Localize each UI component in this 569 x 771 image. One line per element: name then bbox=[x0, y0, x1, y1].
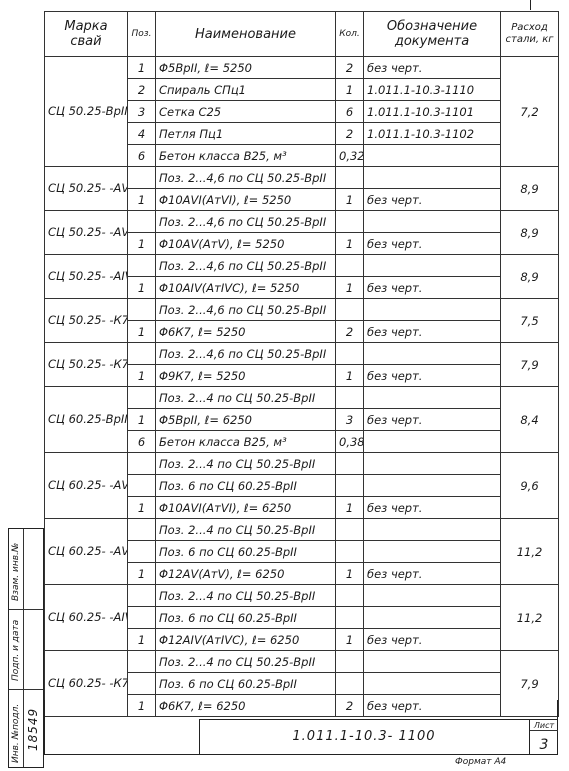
header-qty: Кол. bbox=[336, 12, 364, 57]
table-row: СЦ 50.25- -АV(АтV)Поз. 2...4,6 по СЦ 50.… bbox=[45, 211, 559, 233]
table-row: СЦ 50.25- -К7-2Поз. 2...4,6 по СЦ 50.25-… bbox=[45, 343, 559, 365]
sheet-number: 3 bbox=[530, 737, 558, 753]
item-name: Спираль СПц1 bbox=[156, 79, 336, 101]
document-designation bbox=[364, 343, 501, 365]
item-quantity bbox=[336, 299, 364, 321]
position-number bbox=[128, 541, 156, 563]
position-number bbox=[128, 167, 156, 189]
item-name: Поз. 2...4,6 по СЦ 50.25-ВрII bbox=[156, 255, 336, 277]
item-name: Поз. 6 по СЦ 60.25-ВрII bbox=[156, 673, 336, 695]
document-designation bbox=[364, 519, 501, 541]
document-designation bbox=[364, 475, 501, 497]
position-number: 1 bbox=[128, 629, 156, 651]
document-designation bbox=[364, 541, 501, 563]
header-pos: Поз. bbox=[128, 12, 156, 57]
document-designation: без черт. bbox=[364, 563, 501, 585]
pile-mark: СЦ 60.25-ВрII bbox=[45, 387, 128, 453]
item-name: Φ10АV(АтV), ℓ= 5250 bbox=[156, 233, 336, 255]
position-number bbox=[128, 211, 156, 233]
position-number bbox=[128, 651, 156, 673]
item-quantity bbox=[336, 475, 364, 497]
document-designation: без черт. bbox=[364, 629, 501, 651]
steel-consumption: 7,2 bbox=[501, 57, 559, 167]
document-designation: без черт. bbox=[364, 57, 501, 79]
item-name: Бетон класса В25, м³ bbox=[156, 145, 336, 167]
document-designation bbox=[364, 585, 501, 607]
pile-mark: СЦ 50.25- -АVI(АтVI) bbox=[45, 167, 128, 211]
table-row: СЦ 50.25-ВрII1Φ5ВрII, ℓ= 52502без черт.7… bbox=[45, 57, 559, 79]
position-number: 1 bbox=[128, 277, 156, 299]
item-quantity: 1 bbox=[336, 365, 364, 387]
pile-mark: СЦ 50.25-ВрII bbox=[45, 57, 128, 167]
item-name: Поз. 2...4 по СЦ 50.25-ВрII bbox=[156, 453, 336, 475]
stamp-divider bbox=[9, 689, 43, 690]
item-name: Поз. 2...4,6 по СЦ 50.25-ВрII bbox=[156, 343, 336, 365]
document-designation bbox=[364, 167, 501, 189]
item-name: Φ10АIV(АтIVС), ℓ= 5250 bbox=[156, 277, 336, 299]
position-number bbox=[128, 299, 156, 321]
stamp-divider bbox=[9, 609, 43, 610]
stamp-sign-date-label: Подп. и дата bbox=[11, 620, 21, 681]
stamp-inv-no-label: Инв. №подл. bbox=[11, 704, 21, 763]
position-number bbox=[128, 585, 156, 607]
item-quantity bbox=[336, 607, 364, 629]
item-name: Поз. 6 по СЦ 60.25-ВрII bbox=[156, 541, 336, 563]
steel-consumption: 11,2 bbox=[501, 585, 559, 651]
document-designation bbox=[364, 387, 501, 409]
item-name: Φ10АVI(АтVI), ℓ= 5250 bbox=[156, 189, 336, 211]
table-row: СЦ 50.25- -К7-1Поз. 2...4,6 по СЦ 50.25-… bbox=[45, 299, 559, 321]
item-quantity: 1 bbox=[336, 497, 364, 519]
table-row: СЦ 60.25- -АVI(АтVI)Поз. 2...4 по СЦ 50.… bbox=[45, 453, 559, 475]
position-number: 1 bbox=[128, 321, 156, 343]
document-designation bbox=[364, 145, 501, 167]
item-quantity: 1 bbox=[336, 563, 364, 585]
document-designation bbox=[364, 651, 501, 673]
item-quantity bbox=[336, 387, 364, 409]
document-designation: без черт. bbox=[364, 233, 501, 255]
item-quantity bbox=[336, 211, 364, 233]
item-name: Поз. 6 по СЦ 60.25-ВрII bbox=[156, 475, 336, 497]
header-doc: Обозначение документа bbox=[364, 12, 501, 57]
position-number: 1 bbox=[128, 409, 156, 431]
position-number: 3 bbox=[128, 101, 156, 123]
position-number bbox=[128, 607, 156, 629]
document-designation bbox=[364, 255, 501, 277]
document-designation bbox=[364, 607, 501, 629]
position-number: 1 bbox=[128, 57, 156, 79]
item-name: Φ6К7, ℓ= 5250 bbox=[156, 321, 336, 343]
item-quantity: 1 bbox=[336, 189, 364, 211]
document-designation bbox=[364, 211, 501, 233]
item-quantity bbox=[336, 453, 364, 475]
position-number bbox=[128, 453, 156, 475]
item-quantity bbox=[336, 343, 364, 365]
table-row: СЦ 60.25- -АV(АтV)Поз. 2...4 по СЦ 50.25… bbox=[45, 519, 559, 541]
header-mark: Марка свай bbox=[45, 12, 128, 57]
item-quantity bbox=[336, 651, 364, 673]
position-number: 1 bbox=[128, 497, 156, 519]
table-row: СЦ 60.25- -АIV(АтIVС)Поз. 2...4 по СЦ 50… bbox=[45, 585, 559, 607]
document-designation: без черт. bbox=[364, 189, 501, 211]
approval-stamp: Взам. инв.№ Подп. и дата Инв. №подл. 185… bbox=[8, 528, 44, 768]
stamp-inv-no-value: 18549 bbox=[26, 708, 40, 751]
item-name: Поз. 2...4 по СЦ 50.25-ВрII bbox=[156, 387, 336, 409]
item-name: Поз. 2...4 по СЦ 50.25-ВрII bbox=[156, 651, 336, 673]
document-designation bbox=[364, 299, 501, 321]
position-number: 6 bbox=[128, 431, 156, 453]
position-number bbox=[128, 255, 156, 277]
pile-mark: СЦ 60.25- -АIV(АтIVС) bbox=[45, 585, 128, 651]
table-row: СЦ 50.25- -АVI(АтVI)Поз. 2...4,6 по СЦ 5… bbox=[45, 167, 559, 189]
steel-consumption: 8,9 bbox=[501, 167, 559, 211]
position-number: 2 bbox=[128, 79, 156, 101]
item-quantity: 0,38 bbox=[336, 431, 364, 453]
item-name: Поз. 2...4 по СЦ 50.25-ВрII bbox=[156, 519, 336, 541]
item-name: Сетка С25 bbox=[156, 101, 336, 123]
position-number bbox=[128, 673, 156, 695]
position-number: 1 bbox=[128, 189, 156, 211]
item-name: Поз. 2...4,6 по СЦ 50.25-ВрII bbox=[156, 167, 336, 189]
item-quantity bbox=[336, 541, 364, 563]
item-quantity: 2 bbox=[336, 321, 364, 343]
item-name: Φ10АVI(АтVI), ℓ= 6250 bbox=[156, 497, 336, 519]
position-number: 6 bbox=[128, 145, 156, 167]
specification-table: Марка свай Поз. Наименование Кол. Обозна… bbox=[44, 11, 559, 717]
item-quantity bbox=[336, 255, 364, 277]
document-designation: 1.011.1-10.3-1101 bbox=[364, 101, 501, 123]
item-quantity: 3 bbox=[336, 409, 364, 431]
steel-consumption: 11,2 bbox=[501, 519, 559, 585]
item-name: Φ12АV(АтV), ℓ= 6250 bbox=[156, 563, 336, 585]
pile-mark: СЦ 50.25- -АIV(АтIVС) bbox=[45, 255, 128, 299]
document-designation bbox=[364, 453, 501, 475]
item-name: Поз. 6 по СЦ 60.25-ВрII bbox=[156, 607, 336, 629]
item-name: Φ9К7, ℓ= 5250 bbox=[156, 365, 336, 387]
item-quantity bbox=[336, 585, 364, 607]
position-number bbox=[128, 343, 156, 365]
stamp-replace-inv-label: Взам. инв.№ bbox=[11, 543, 21, 601]
header-mass: Расход стали, кг bbox=[501, 12, 559, 57]
item-quantity: 1 bbox=[336, 233, 364, 255]
pile-mark: СЦ 60.25- -АVI(АтVI) bbox=[45, 453, 128, 519]
position-number: 1 bbox=[128, 365, 156, 387]
steel-consumption: 8,4 bbox=[501, 387, 559, 453]
header-name: Наименование bbox=[156, 12, 336, 57]
position-number: 1 bbox=[128, 563, 156, 585]
document-designation: без черт. bbox=[364, 409, 501, 431]
item-quantity: 6 bbox=[336, 101, 364, 123]
document-designation: без черт. bbox=[364, 365, 501, 387]
item-name: Φ5ВрII, ℓ= 6250 bbox=[156, 409, 336, 431]
table-row: СЦ 50.25- -АIV(АтIVС)Поз. 2...4,6 по СЦ … bbox=[45, 255, 559, 277]
position-number bbox=[128, 387, 156, 409]
item-name: Поз. 2...4,6 по СЦ 50.25-ВрII bbox=[156, 211, 336, 233]
document-designation bbox=[364, 431, 501, 453]
document-designation: без черт. bbox=[364, 321, 501, 343]
pile-mark: СЦ 50.25- -К7-1 bbox=[45, 299, 128, 343]
steel-consumption: 7,9 bbox=[501, 343, 559, 387]
item-quantity: 1 bbox=[336, 277, 364, 299]
item-quantity bbox=[336, 519, 364, 541]
position-number bbox=[128, 475, 156, 497]
document-code: 1.011.1-10.3- 1100 bbox=[199, 729, 529, 744]
item-quantity: 1 bbox=[336, 629, 364, 651]
position-number bbox=[128, 519, 156, 541]
steel-consumption: 8,9 bbox=[501, 255, 559, 299]
steel-consumption: 7,5 bbox=[501, 299, 559, 343]
position-number: 4 bbox=[128, 123, 156, 145]
item-quantity bbox=[336, 167, 364, 189]
item-quantity: 1 bbox=[336, 79, 364, 101]
paper-format: Формат А4 bbox=[455, 757, 506, 767]
table-row: СЦ 60.25-ВрIIПоз. 2...4 по СЦ 50.25-ВрII… bbox=[45, 387, 559, 409]
document-designation: 1.011.1-10.3-1110 bbox=[364, 79, 501, 101]
item-quantity bbox=[336, 673, 364, 695]
pile-mark: СЦ 50.25- -АV(АтV) bbox=[45, 211, 128, 255]
document-designation bbox=[364, 673, 501, 695]
item-name: Φ12АIV(АтIVС), ℓ= 6250 bbox=[156, 629, 336, 651]
item-name: Петля Пц1 bbox=[156, 123, 336, 145]
document-designation: без черт. bbox=[364, 277, 501, 299]
document-designation: 1.011.1-10.3-1102 bbox=[364, 123, 501, 145]
sheet-top-frame-mark bbox=[530, 0, 561, 10]
item-quantity: 0,32 bbox=[336, 145, 364, 167]
item-name: Φ5ВрII, ℓ= 5250 bbox=[156, 57, 336, 79]
table-body: СЦ 50.25-ВрII1Φ5ВрII, ℓ= 52502без черт.7… bbox=[45, 57, 559, 717]
item-quantity: 2 bbox=[336, 57, 364, 79]
item-name: Поз. 2...4 по СЦ 50.25-ВрII bbox=[156, 585, 336, 607]
position-number: 1 bbox=[128, 233, 156, 255]
item-name: Поз. 2...4,6 по СЦ 50.25-ВрII bbox=[156, 299, 336, 321]
table-header-row: Марка свай Поз. Наименование Кол. Обозна… bbox=[45, 12, 559, 57]
document-designation: без черт. bbox=[364, 497, 501, 519]
steel-consumption: 9,6 bbox=[501, 453, 559, 519]
sheet-label: Лист bbox=[530, 721, 558, 731]
pile-mark: СЦ 60.25- -АV(АтV) bbox=[45, 519, 128, 585]
table-row: СЦ 60.25- -К7-1Поз. 2...4 по СЦ 50.25-Вр… bbox=[45, 651, 559, 673]
steel-consumption: 8,9 bbox=[501, 211, 559, 255]
pile-mark: СЦ 50.25- -К7-2 bbox=[45, 343, 128, 387]
item-name: Бетон класса В25, м³ bbox=[156, 431, 336, 453]
item-quantity: 2 bbox=[336, 123, 364, 145]
